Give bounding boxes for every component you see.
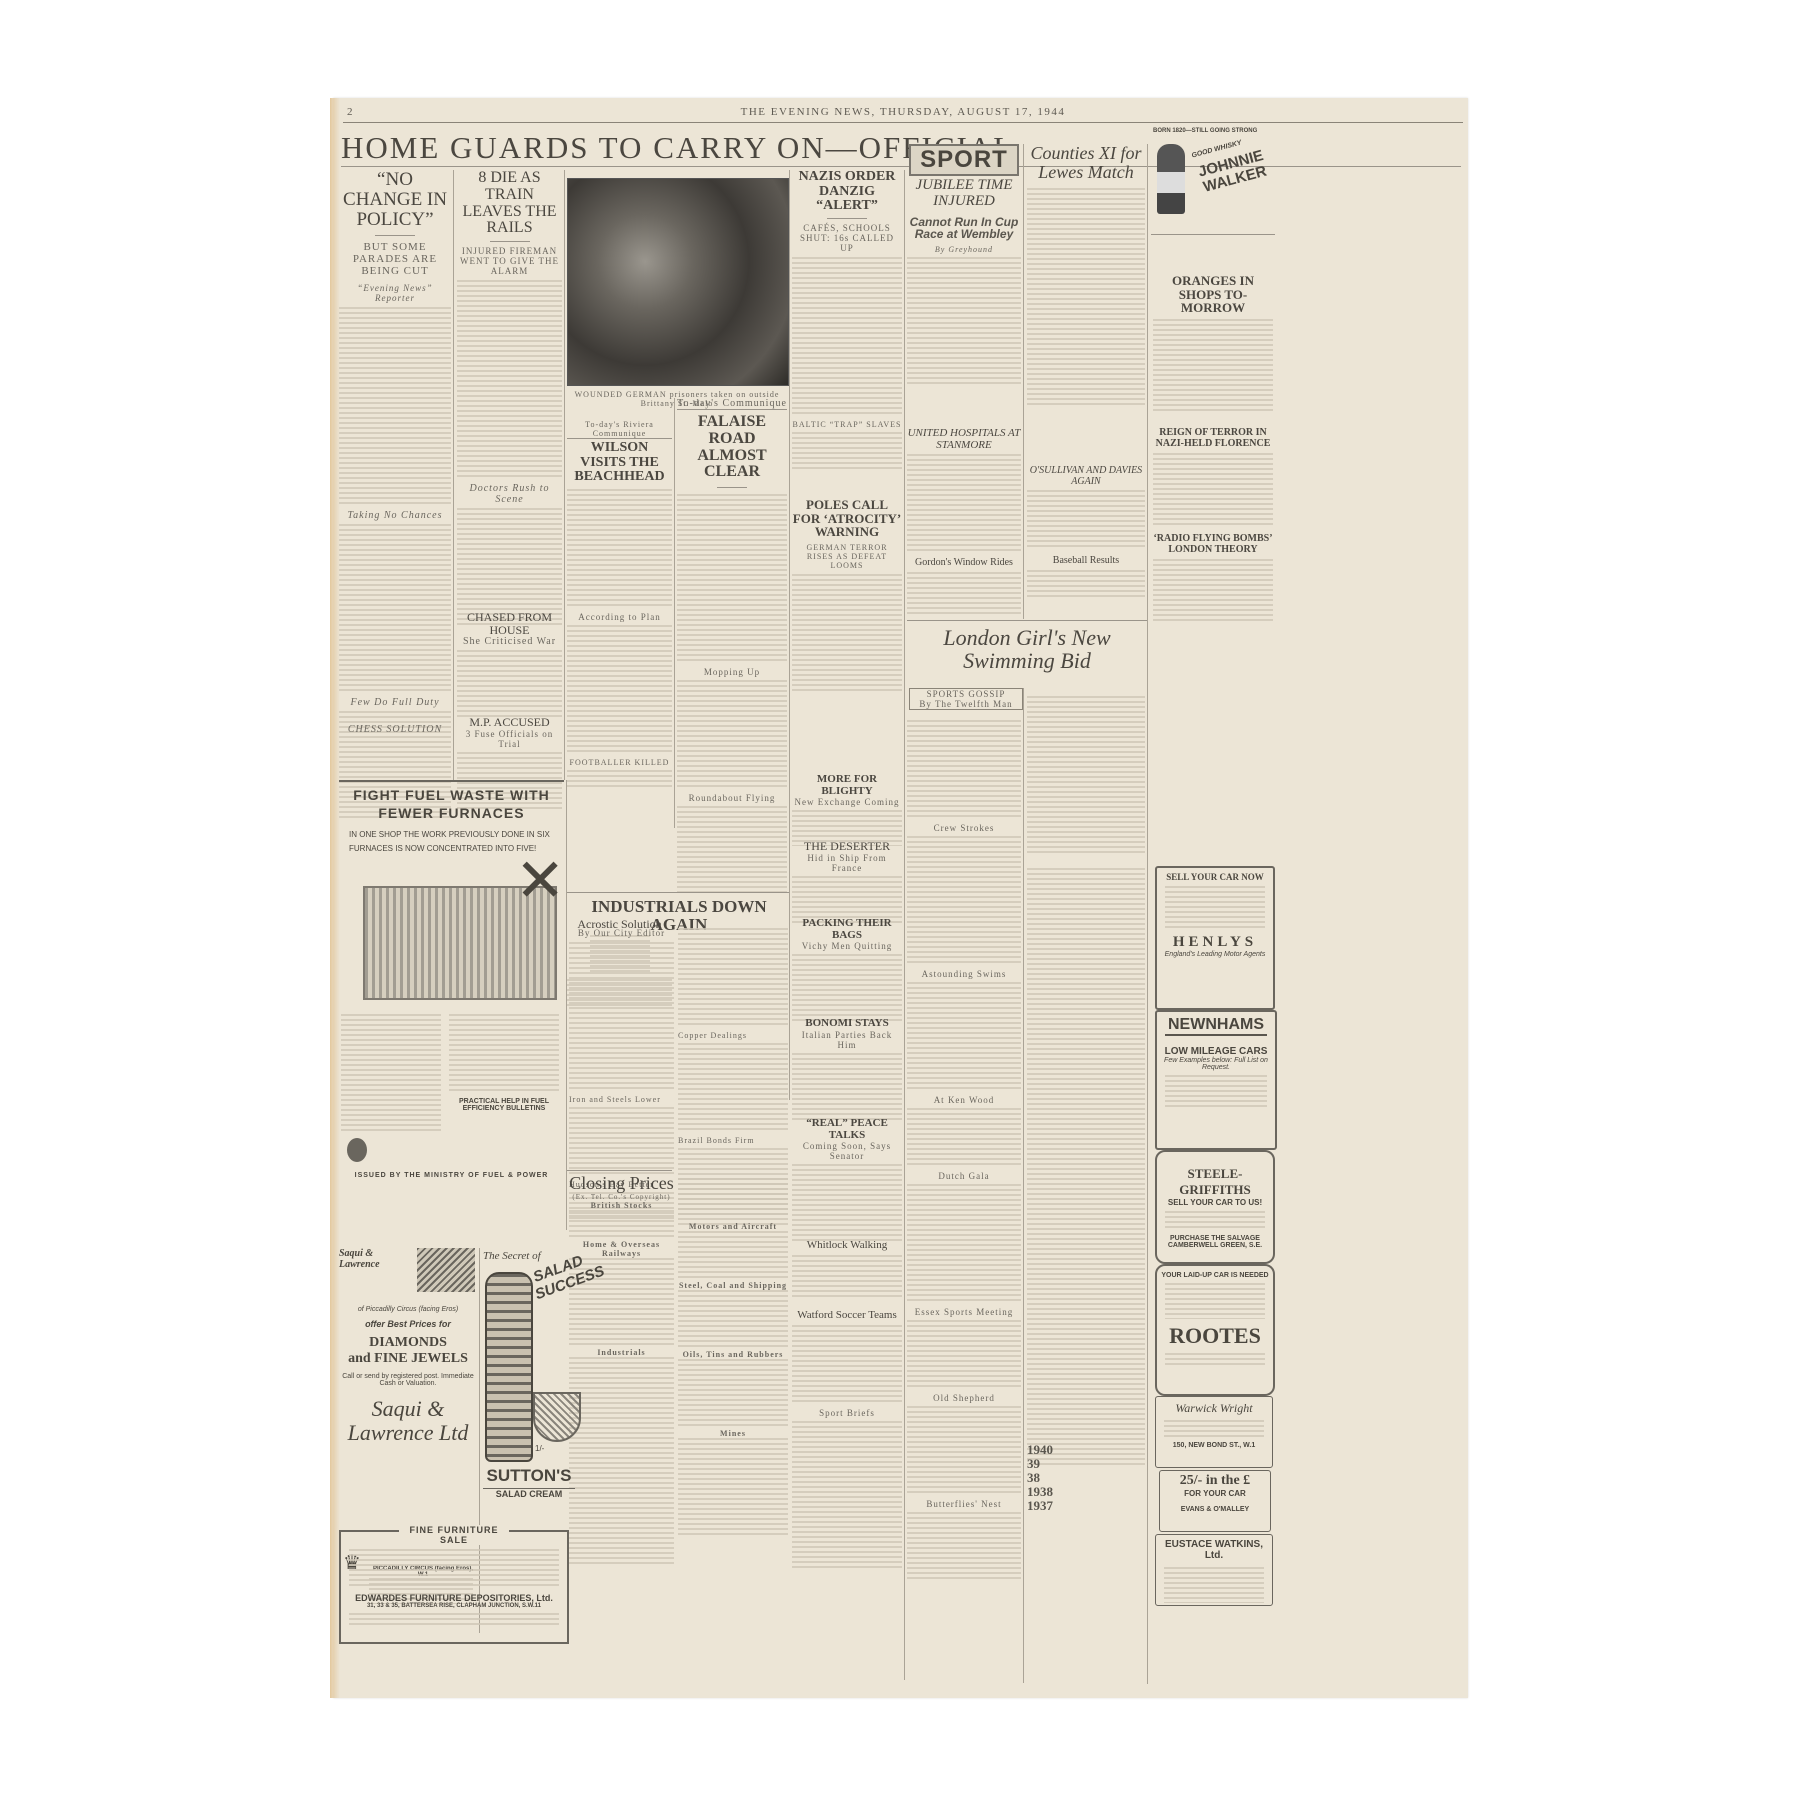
section-heading: Taking No Chances (339, 510, 451, 521)
ad-brand-top: Saqui & Lawrence (339, 1248, 409, 1270)
headline: Gordon's Window Rides (907, 558, 1021, 569)
price-list (678, 1438, 788, 1538)
race-entries (1027, 868, 1145, 1468)
section-heading: Steel, Coal and Shipping (678, 1281, 788, 1290)
body-text (569, 942, 674, 1092)
ad-warwick-wright: Warwick Wright 150, NEW BOND ST., W.1 (1155, 1396, 1273, 1468)
article-osullivan: O'SULLIVAN AND DAVIES AGAIN Baseball Res… (1027, 466, 1145, 600)
masthead-dateline: THE EVENING NEWS, THURSDAY, AUGUST 17, 1… (343, 106, 1463, 118)
headline: ORANGES IN SHOPS TO-MORROW (1153, 274, 1273, 315)
article-london-girl: London Girl's New Swimming Bid (909, 626, 1145, 672)
masthead: 2 THE EVENING NEWS, THURSDAY, AUGUST 17,… (343, 104, 1463, 123)
ad-fuel-waste: FIGHT FUEL WASTE WITH FEWER FURNACES IN … (339, 786, 564, 1206)
chess-solution: CHESS SOLUTION (339, 724, 451, 735)
section-heading: British Stocks (569, 1201, 674, 1210)
ad-footer: ISSUED BY THE MINISTRY OF FUEL & POWER (339, 1172, 564, 1179)
body-text (792, 574, 902, 694)
headline: BONOMI STAYS (792, 1018, 902, 1030)
article-watford: Watford Soccer Teams Sport Briefs (792, 1310, 902, 1571)
body-text (457, 280, 562, 480)
ad-headline: FINE FURNITURE SALE (399, 1525, 509, 1545)
price-list (678, 1231, 788, 1281)
sport-section-label: SPORT (909, 144, 1019, 176)
body-text (792, 1164, 902, 1244)
ad-tagline: BORN 1820—STILL GOING STRONG (1153, 128, 1271, 134)
divider (341, 166, 1461, 167)
body-text (907, 1512, 1021, 1582)
salad-bowl-illustration (533, 1392, 581, 1442)
ad-headline: FIGHT FUEL WASTE WITH FEWER FURNACES (339, 786, 564, 822)
headline: WILSON VISITS THE BEACHHEAD (567, 441, 672, 485)
body-text (792, 1325, 902, 1405)
headline: FALAISE ROAD ALMOST CLEAR (677, 414, 787, 481)
body-text (339, 307, 451, 507)
ad-headline: SELL YOUR CAR NOW (1157, 872, 1273, 882)
column-rule (674, 398, 675, 828)
byline: “Evening News” Reporter (339, 283, 451, 303)
column-rule (1023, 144, 1024, 619)
article-wilson: To-day's Riviera Communique WILSON VISIT… (567, 420, 672, 790)
ad-rootes: YOUR LAID-UP CAR IS NEEDED ROOTES (1155, 1264, 1275, 1396)
ad-headline: 25/- in the £ (1160, 1473, 1270, 1489)
column-rule (789, 170, 790, 1100)
article-blighty: MORE FOR BLIGHTY New Exchange Coming (792, 774, 902, 846)
kicker: SPORTS GOSSIP (910, 689, 1022, 699)
subhead: GERMAN TERROR RISES AS DEFEAT LOOMS (792, 543, 902, 570)
body-text (792, 954, 902, 1024)
section-heading: Butterflies' Nest (907, 1499, 1021, 1509)
body-text (1153, 453, 1273, 528)
ad-johnnie-walker: BORN 1820—STILL GOING STRONG GOOD WHISKY… (1153, 128, 1271, 228)
ad-headline: YOUR LAID-UP CAR IS NEEDED (1157, 1272, 1273, 1279)
ad-product: SALAD CREAM (483, 1488, 575, 1499)
ad-body (349, 1549, 559, 1589)
ad-body (1164, 1420, 1264, 1438)
closing-prices: Closing Prices (Ex. Tel. Co.'s Copyright… (569, 1174, 674, 1567)
ad-brand: ROOTES (1157, 1323, 1273, 1349)
article-peace-talks: “REAL” PEACE TALKS Coming Soon, Says Sen… (792, 1118, 902, 1244)
article-jubilee: JUBILEE TIME INJURED Cannot Run In Cup R… (907, 178, 1021, 387)
headline: Whitlock Walking (792, 1240, 902, 1252)
body-text (1027, 570, 1145, 600)
newspaper-page: 2 THE EVENING NEWS, THURSDAY, AUGUST 17,… (333, 98, 1468, 1698)
subhead: BUT SOME PARADES ARE BEING CUT (339, 241, 451, 277)
ad-tag: PRACTICAL HELP IN FUEL EFFICIENCY BULLET… (449, 1098, 559, 1112)
body-text (457, 650, 562, 720)
divider (907, 620, 1147, 621)
year: 38 (1027, 1471, 1057, 1485)
article-whitlock: Whitlock Walking (792, 1240, 902, 1300)
article-train: 8 DIE AS TRAIN LEAVES THE RAILS INJURED … (457, 170, 562, 628)
body-text (907, 1108, 1021, 1168)
subhead: Vichy Men Quitting (792, 941, 902, 951)
subhead: Cannot Run In Cup Race at Wembley (907, 216, 1021, 241)
section-heading: Astounding Swims (907, 969, 1021, 979)
baseball-heading: Baseball Results (1027, 556, 1145, 567)
ad-line: DIAMONDS (339, 1335, 477, 1351)
body-text (1027, 490, 1145, 550)
body-text (792, 257, 902, 417)
ad-script: The Secret of (483, 1250, 565, 1262)
headline: O'SULLIVAN AND DAVIES AGAIN (1027, 466, 1145, 487)
subhead: Coming Soon, Says Senator (792, 1141, 902, 1161)
section-heading: Industrials (569, 1348, 674, 1357)
sports-gossip-box: SPORTS GOSSIP By The Twelfth Man (909, 688, 1023, 710)
ad-brand: Warwick Wright (1156, 1401, 1272, 1416)
headline: MORE FOR BLIGHTY (792, 774, 902, 797)
column-rule (566, 780, 567, 1230)
ad-evans-omalley: 25/- in the £ FOR YOUR CAR EVANS & O'MAL… (1159, 1470, 1271, 1532)
body-text (907, 1406, 1021, 1496)
ad-brand: SUTTON'S (483, 1466, 575, 1486)
divider (339, 780, 564, 782)
ad-steele-griffiths: STEELE-GRIFFITHS SELL YOUR CAR TO US! PU… (1155, 1150, 1275, 1264)
section-heading: Dutch Gala (907, 1171, 1021, 1181)
divider (1151, 234, 1275, 235)
body-text (792, 1421, 902, 1571)
ad-body (1164, 1567, 1264, 1603)
article-gordon: Gordon's Window Rides (907, 558, 1021, 617)
headline: ‘RADIO FLYING BOMBS’ LONDON THEORY (1153, 534, 1273, 555)
ad-edwardes-furniture: FINE FURNITURE SALE EDWARDES FURNITURE D… (339, 1530, 569, 1644)
ad-headline: SELL YOUR CAR TO US! (1157, 1198, 1273, 1207)
sport-column-a: Crew Strokes Astounding Swims At Ken Woo… (907, 720, 1021, 1582)
price-list (569, 1357, 674, 1567)
headline: NAZIS ORDER DANZIG “ALERT” (792, 170, 902, 214)
body-text (1027, 696, 1145, 856)
footballer-headline: FOOTBALLER KILLED (567, 758, 672, 767)
ad-body (349, 1613, 559, 1625)
cross-icon: ✕ (515, 846, 565, 916)
ad-tagline: England's Leading Motor Agents (1157, 951, 1273, 958)
headline: Watford Soccer Teams (792, 1310, 902, 1322)
divider (567, 892, 789, 893)
ad-line: offer Best Prices for (339, 1319, 477, 1329)
column-rule (453, 170, 454, 780)
year: 1937 (1027, 1499, 1057, 1513)
year: 1940 (1027, 1443, 1057, 1457)
ad-body (1165, 1283, 1265, 1319)
ad-body (341, 1014, 441, 1134)
section-heading: Iron and Steels Lower (569, 1095, 674, 1104)
subhead: INJURED FIREMAN WENT TO GIVE THE ALARM (457, 246, 562, 276)
column-rule (904, 170, 905, 1680)
headline: London Girl's New Swimming Bid (909, 626, 1145, 672)
ad-newnhams: NEWNHAMS LOW MILEAGE CARS Few Examples b… (1155, 1010, 1277, 1150)
entries-years: 1940 39 38 1938 1937 (1027, 1443, 1057, 1513)
byline: By Greyhound (907, 245, 1021, 254)
body-text (792, 1053, 902, 1123)
body-text (907, 1320, 1021, 1390)
ad-address: CAMBERWELL GREEN, S.E. (1157, 1242, 1273, 1249)
headline: REIGN OF TERROR IN NAZI-HELD FLORENCE (1153, 428, 1273, 449)
body-text (678, 1043, 788, 1133)
column-rule (1023, 688, 1024, 1683)
body-text (907, 720, 1021, 820)
headline: “REAL” PEACE TALKS (792, 1118, 902, 1141)
body-text (907, 257, 1021, 387)
body-text (677, 806, 787, 896)
body-text (567, 489, 672, 609)
body-text (907, 982, 1021, 1092)
article-falaise: To-day's Communique FALAISE ROAD ALMOST … (677, 398, 787, 896)
section-heading: Old Shepherd (907, 1393, 1021, 1403)
ad-line: PURCHASE THE SALVAGE (1157, 1235, 1273, 1242)
column-rule (1147, 144, 1148, 1684)
section-heading: At Ken Wood (907, 1095, 1021, 1105)
price-list (569, 1210, 674, 1240)
article-chased: CHASED FROM HOUSE She Criticised War (457, 611, 562, 720)
byline: By The Twelfth Man (910, 699, 1022, 709)
ad-henlys: SELL YOUR CAR NOW HENLYS England's Leadi… (1155, 866, 1275, 1010)
section-heading: Doctors Rush to Scene (457, 483, 562, 505)
ad-brand: Saqui & Lawrence Ltd (339, 1397, 477, 1445)
body-text (792, 432, 902, 472)
body-text (567, 770, 672, 790)
article-oranges: ORANGES IN SHOPS TO-MORROW (1153, 274, 1273, 414)
section-heading: Few Do Full Duty (339, 697, 451, 708)
ad-brand: EUSTACE WATKINS, Ltd. (1156, 1539, 1272, 1561)
ad-line: of Piccadilly Circus (facing Eros) (339, 1306, 477, 1313)
section-heading: Roundabout Flying (677, 793, 787, 803)
article-packing: PACKING THEIR BAGS Vichy Men Quitting (792, 918, 902, 1024)
ad-price: 1/- (535, 1444, 544, 1453)
ad-brand: EVANS & O'MALLEY (1160, 1506, 1270, 1513)
year: 39 (1027, 1457, 1057, 1471)
ad-address: 31, 33 & 35, BATTERSEA RISE, CLAPHAM JUN… (341, 1603, 567, 1609)
body-text (792, 1255, 902, 1300)
price-list (678, 1290, 788, 1350)
article-counties: Counties XI for Lewes Match (1027, 144, 1145, 408)
section-heading: Mines (678, 1429, 788, 1438)
ad-sub: FOR YOUR CAR (1160, 1489, 1270, 1498)
section-heading: Motors and Aircraft (678, 1222, 788, 1231)
article-poles: POLES CALL FOR ‘ATROCITY’ WARNING GERMAN… (792, 498, 902, 694)
section-heading: Mopping Up (677, 667, 787, 677)
ad-sub: Few Examples below: Full List on Request… (1157, 1057, 1275, 1071)
headline: Closing Prices (569, 1174, 674, 1193)
headline: Counties XI for Lewes Match (1027, 144, 1145, 182)
price-list (678, 1178, 788, 1218)
subhead: New Exchange Coming (792, 797, 902, 807)
article-nazis: NAZIS ORDER DANZIG “ALERT” CAFÉS, SCHOOL… (792, 170, 902, 472)
subhead: She Criticised War (457, 636, 562, 647)
ad-address: 150, NEW BOND ST., W.1 (1156, 1442, 1272, 1449)
body-text (567, 625, 672, 755)
subhead: Hid in Ship From France (792, 853, 902, 873)
article-bonomi: BONOMI STAYS Italian Parties Back Him (792, 1018, 902, 1123)
ad-eustace-watkins: EUSTACE WATKINS, Ltd. (1155, 1534, 1273, 1606)
section-heading: Sport Briefs (792, 1408, 902, 1418)
salad-cream-bottle-illustration (485, 1272, 533, 1462)
section-heading: Oils, Tins and Rubbers (678, 1350, 788, 1359)
headline: 8 DIE AS TRAIN LEAVES THE RAILS (457, 170, 562, 237)
headline: M.P. ACCUSED (457, 716, 562, 729)
ad-list (1165, 1075, 1267, 1109)
ad-body (449, 1014, 559, 1094)
price-list (678, 1359, 788, 1429)
section-heading: Brazil Bonds Firm (678, 1136, 788, 1145)
section-heading: BALTIC “TRAP” SLAVES (792, 420, 902, 429)
subhead: CAFÉS, SCHOOLS SHUT: 16s CALLED UP (792, 223, 902, 253)
column-rule (564, 170, 565, 780)
body-text (677, 680, 787, 790)
shopfront-illustration (417, 1248, 475, 1292)
subhead: Italian Parties Back Him (792, 1030, 902, 1050)
article-hospitals: UNITED HOSPITALS AT STANMORE (907, 428, 1021, 554)
body-text (677, 494, 787, 664)
headline: PACKING THEIR BAGS (792, 918, 902, 941)
subhead: (Ex. Tel. Co.'s Copyright) (569, 1193, 674, 1201)
sport-column-b (1027, 696, 1145, 1468)
body-text (1153, 319, 1273, 414)
kicker: To-day's Communique (677, 398, 787, 410)
closing-prices-b: Motors and Aircraft Steel, Coal and Ship… (678, 1178, 788, 1538)
headline: CHASED FROM HOUSE (457, 611, 562, 636)
headline: JUBILEE TIME INJURED (907, 178, 1021, 210)
ad-brand: STEELE-GRIFFITHS (1157, 1166, 1273, 1198)
ad-body (1165, 1211, 1265, 1231)
headline: “NO CHANGE IN POLICY” (339, 170, 451, 230)
body-text (1027, 188, 1145, 408)
ad-brand: HENLYS (1157, 934, 1273, 951)
body-text (1153, 559, 1273, 624)
body-text (339, 524, 451, 694)
byline: By Our City Editor (569, 928, 674, 938)
section-heading: Crew Strokes (907, 823, 1021, 833)
ad-company: EDWARDES FURNITURE DEPOSITORIES, Ltd. (341, 1593, 567, 1603)
year: 1938 (1027, 1485, 1057, 1499)
crown-emblem-icon (347, 1138, 367, 1162)
section-heading: Essex Sports Meeting (907, 1307, 1021, 1317)
ad-body (1165, 886, 1265, 930)
body-text (907, 454, 1021, 554)
ad-address (1165, 1353, 1265, 1367)
photo-wounded-german-prisoners (567, 178, 789, 386)
section-heading: According to Plan (567, 612, 672, 622)
divider (567, 1170, 672, 1171)
body-text (907, 1184, 1021, 1304)
ad-line: and FINE JEWELS (339, 1351, 477, 1367)
headline: UNITED HOSPITALS AT STANMORE (907, 428, 1021, 451)
ad-line: Call or send by registered post. Immedia… (339, 1373, 477, 1387)
ad-brand: NEWNHAMS (1165, 1016, 1267, 1036)
subhead: 3 Fuse Officials on Trial (457, 729, 562, 749)
article-deserter: THE DESERTER Hid in Ship From France (792, 840, 902, 926)
striding-man-icon (1157, 144, 1185, 214)
body-text (678, 928, 788, 1028)
ad-headline: LOW MILEAGE CARS (1157, 1046, 1275, 1057)
section-heading: Copper Dealings (678, 1031, 788, 1040)
article-reign: REIGN OF TERROR IN NAZI-HELD FLORENCE ‘R… (1153, 428, 1273, 624)
kicker: To-day's Riviera Communique (567, 420, 672, 439)
headline: THE DESERTER (792, 840, 902, 853)
body-text (907, 572, 1021, 617)
headline: POLES CALL FOR ‘ATROCITY’ WARNING (792, 498, 902, 539)
body-text (907, 836, 1021, 966)
body-text (569, 1107, 674, 1177)
banner-headline: HOME GUARDS TO CARRY ON—OFFICIAL (341, 130, 906, 166)
